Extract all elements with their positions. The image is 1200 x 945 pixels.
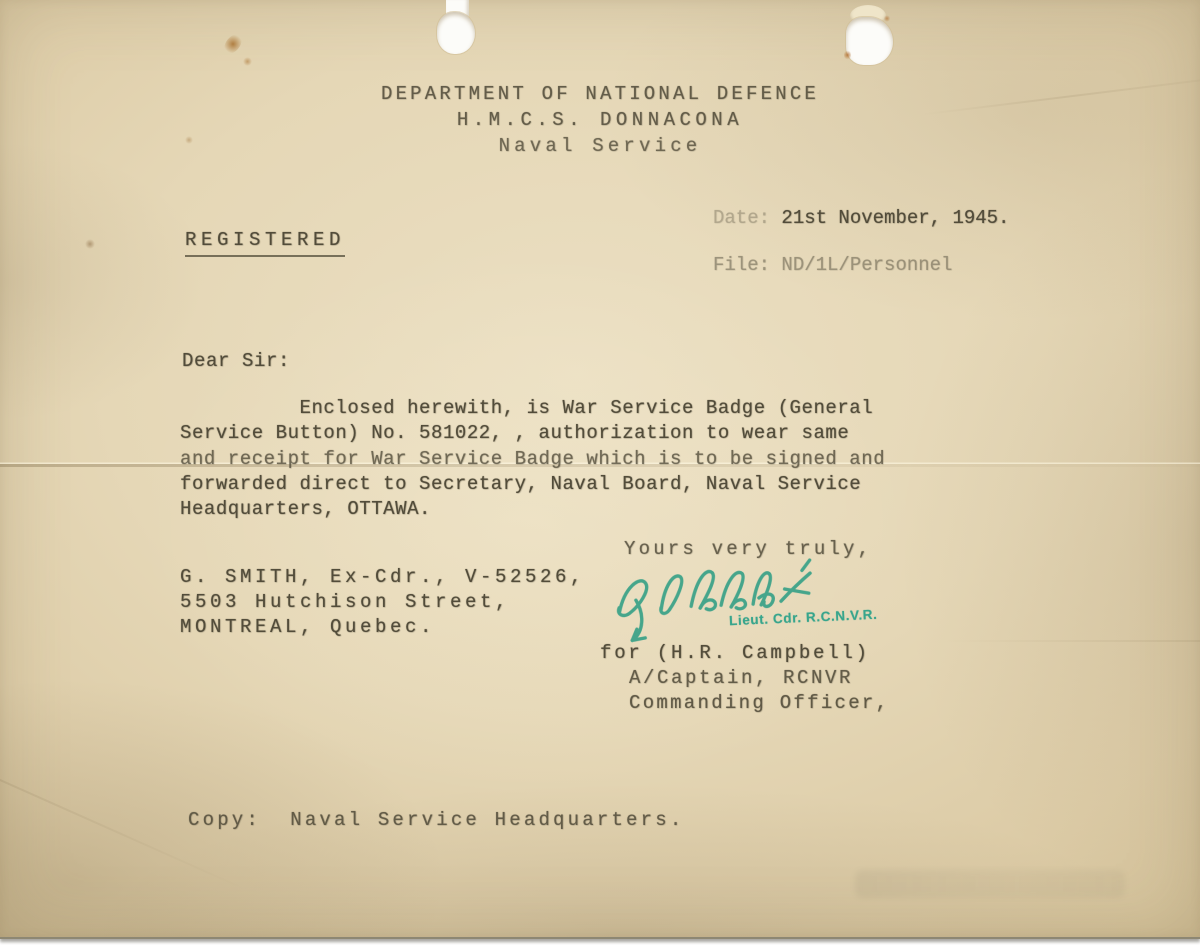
file-value: ND/1L/Personnel	[781, 254, 952, 276]
recipient-line-2: 5503 Hutchison Street,	[180, 590, 510, 615]
date-value	[770, 207, 781, 229]
body-line-1: Enclosed herewith, is War Service Badge …	[180, 396, 873, 421]
date-label: Date:	[713, 207, 770, 229]
rust-stain	[221, 31, 246, 57]
pencil-smudge	[855, 870, 1125, 898]
signature-ink	[601, 549, 854, 654]
letterhead-department: DEPARTMENT OF NATIONAL DEFENCE	[0, 82, 1200, 107]
registered-label: REGISTERED	[185, 228, 345, 257]
letterhead-unit: H.M.C.S. DONNACONA	[0, 108, 1200, 133]
paper-crease-mid-right	[940, 640, 1200, 642]
letterhead-service: Naval Service	[0, 134, 1200, 159]
punch-hole-left	[437, 12, 475, 54]
body-line-5: Headquarters, OTTAWA.	[180, 497, 431, 522]
date-line: Date: 21st November, 1945.	[713, 206, 1009, 231]
body-line-2: Service Button) No. 581022, , authorizat…	[180, 421, 849, 446]
date-value-text: 21st November, 1945.	[781, 207, 1009, 229]
scanned-letter-page: { "colors": { "paper": "#e5d7b6", "ink":…	[0, 0, 1200, 945]
signed-for-line: for (H.R. Campbell)	[600, 641, 870, 666]
recipient-line-3: MONTREAL, Quebec.	[180, 615, 435, 640]
rust-stain	[85, 239, 95, 249]
signer-rank-line: A/Captain, RCNVR	[629, 666, 853, 691]
letter-paper: DEPARTMENT OF NATIONAL DEFENCE H.M.C.S. …	[0, 0, 1200, 939]
recipient-line-1: G. SMITH, Ex-Cdr., V-52526,	[180, 565, 585, 590]
rust-stain	[243, 57, 252, 66]
copy-line: Copy: Naval Service Headquarters.	[188, 808, 684, 833]
body-line-3: and receipt for War Service Badge which …	[180, 447, 885, 472]
file-label: File:	[713, 254, 770, 276]
punch-hole-right	[846, 17, 893, 65]
body-line-4: forwarded direct to Secretary, Naval Boa…	[180, 472, 861, 497]
salutation: Dear Sir:	[182, 349, 290, 374]
file-line: File: ND/1L/Personnel	[713, 253, 952, 278]
signer-title-line: Commanding Officer,	[629, 691, 889, 716]
